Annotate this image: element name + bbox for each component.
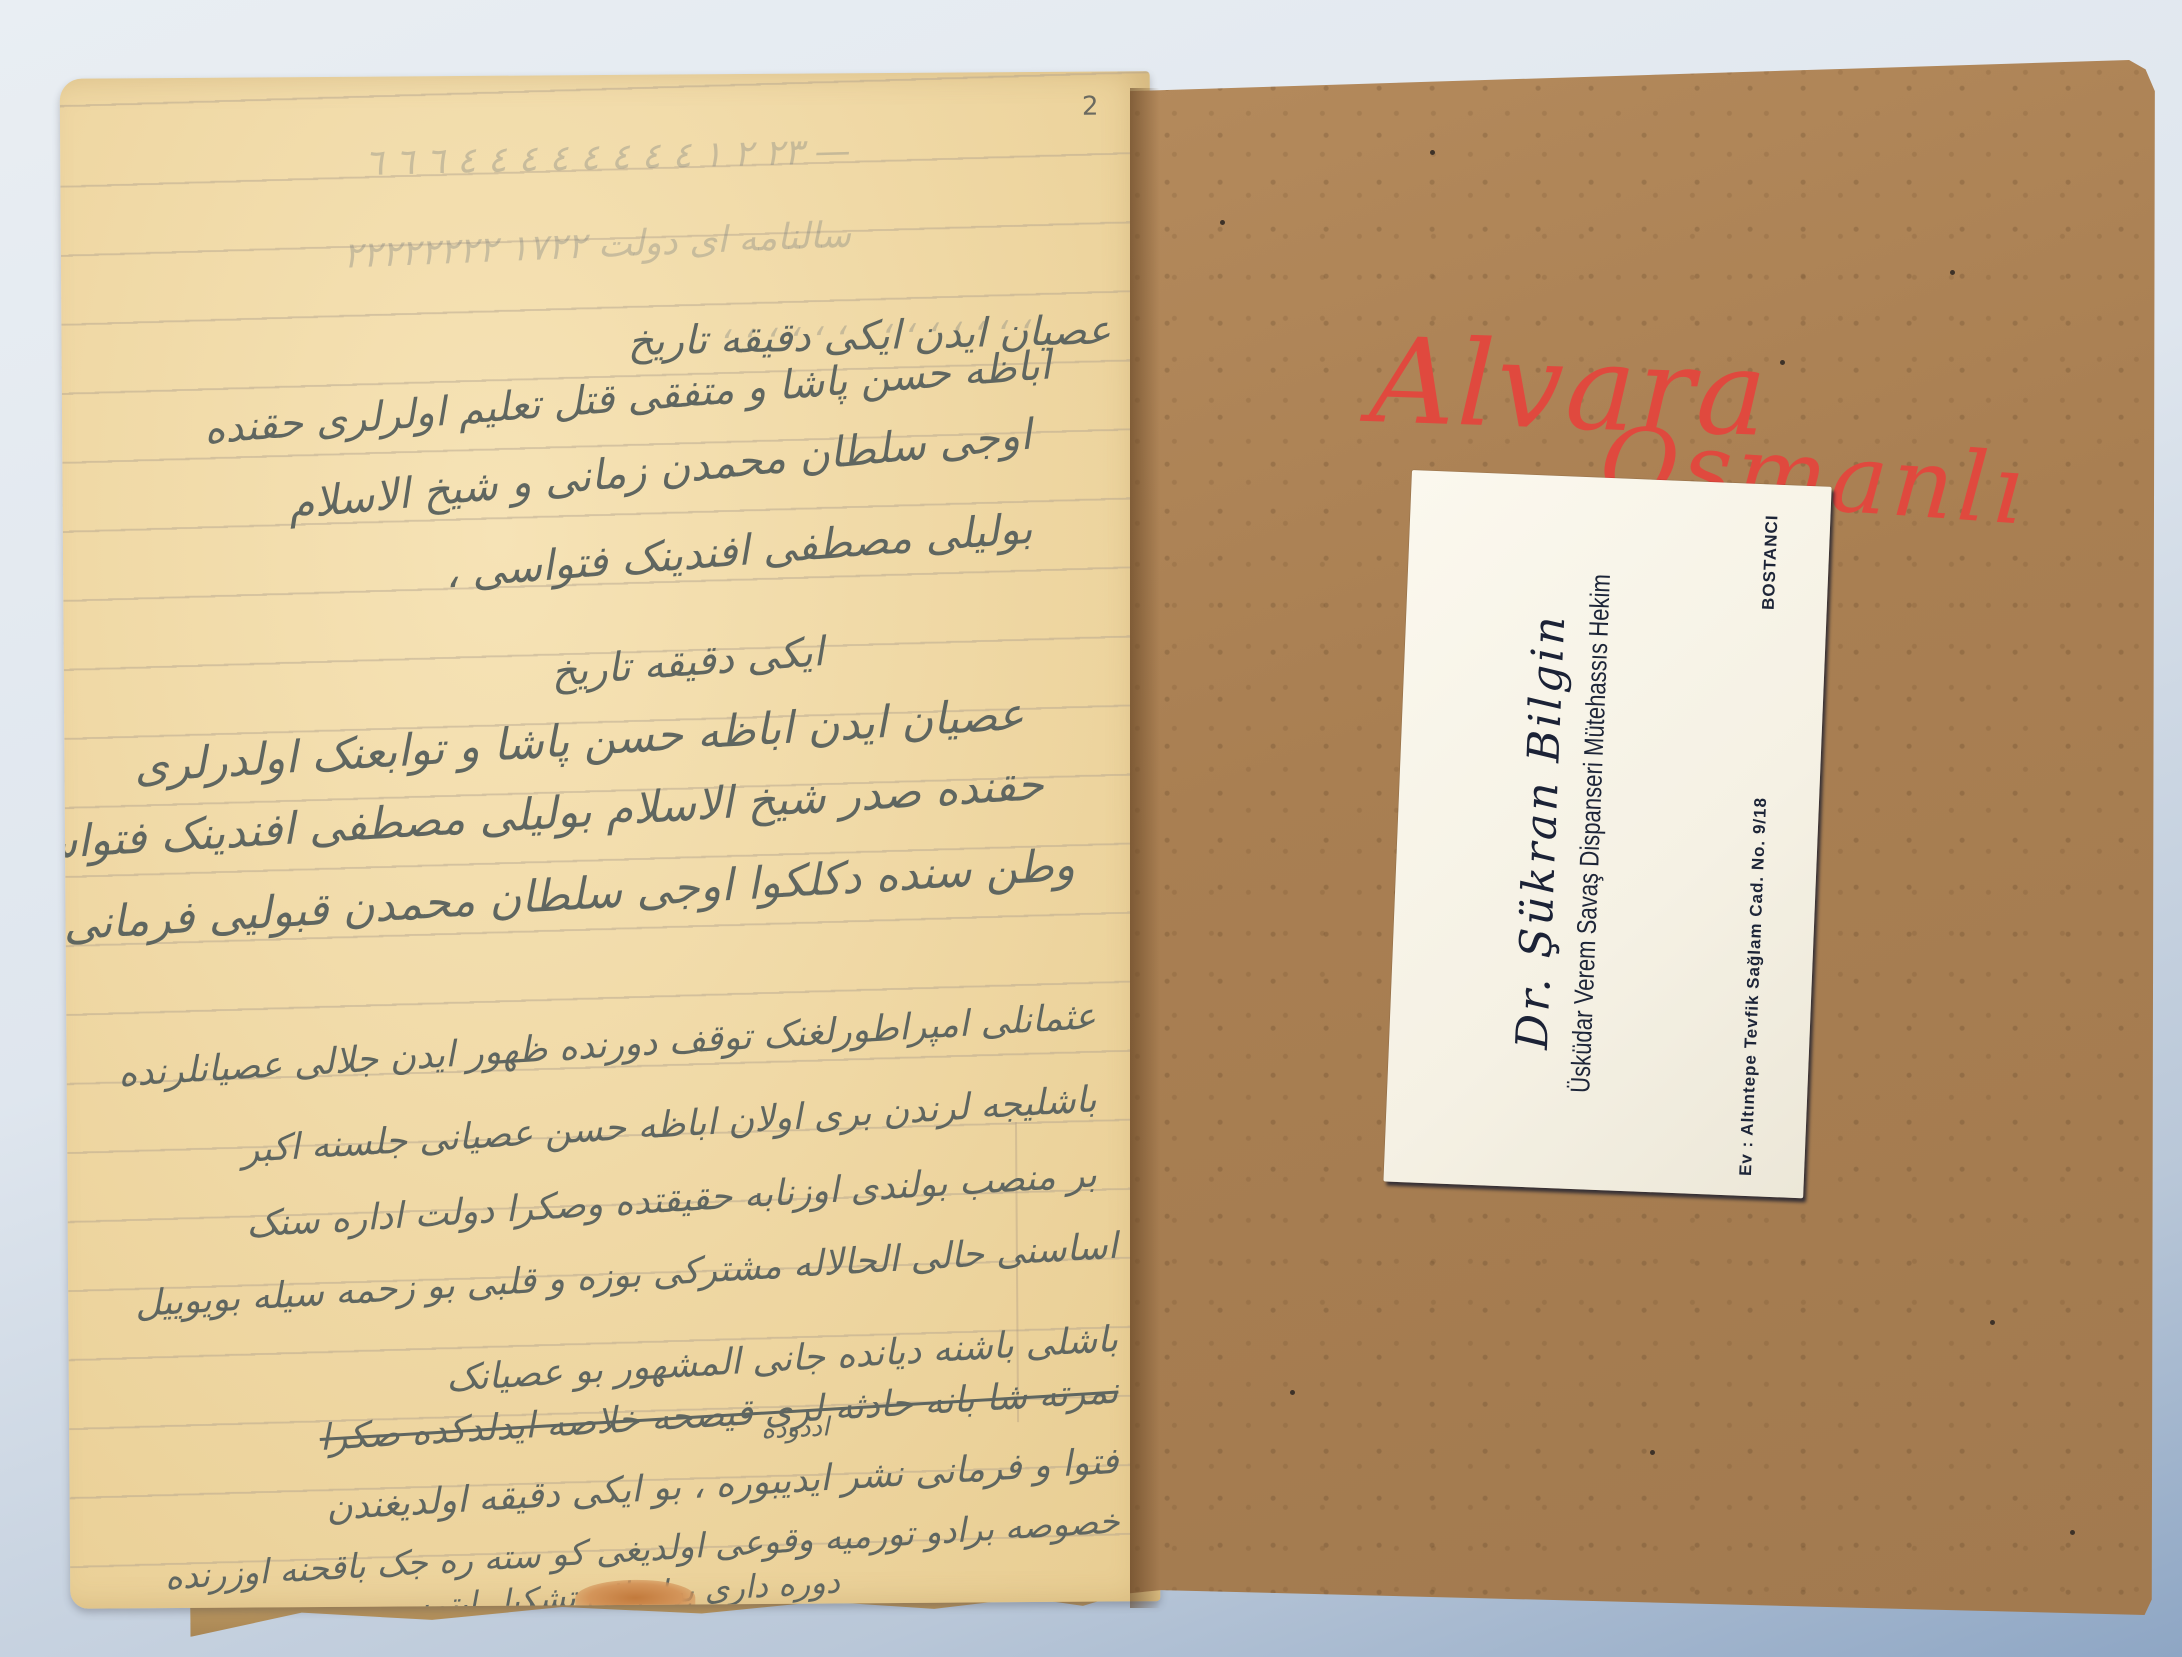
cover-fleck (1650, 1450, 1655, 1455)
page-number: 2 (1082, 92, 1099, 122)
notebook-photo: 2 — ۲۳ ۲ ۱ ٤ ٤ ٤ ٤ ٤ ٤ ٤ ٤ ٦ ٦ ٦ سالنامه… (0, 0, 2182, 1657)
cover-fleck (1780, 360, 1785, 365)
business-card: Dr. Şükran Bilgin Üsküdar Verem Savaş Di… (1383, 470, 1831, 1198)
business-card-content: Dr. Şükran Bilgin Üsküdar Verem Savaş Di… (1383, 470, 1831, 1198)
left-notebook-page: 2 — ۲۳ ۲ ۱ ٤ ٤ ٤ ٤ ٤ ٤ ٤ ٤ ٦ ٦ ٦ سالنامه… (60, 71, 1161, 1609)
spine-shadow (1130, 88, 1160, 1608)
cover-fleck (1220, 220, 1225, 225)
cover-fleck (1990, 1320, 1995, 1325)
cover-fleck (2070, 1530, 2075, 1535)
cover-fleck (1430, 150, 1435, 155)
cover-fleck (1290, 1390, 1295, 1395)
card-address: Ev : Altıntepe Tevfik Sağlam Cad. No. 9/… (1736, 797, 1771, 1177)
marginal-note: اددوده (760, 1412, 829, 1445)
card-city: BOSTANCI (1759, 514, 1783, 610)
cover-fleck (1950, 270, 1955, 275)
